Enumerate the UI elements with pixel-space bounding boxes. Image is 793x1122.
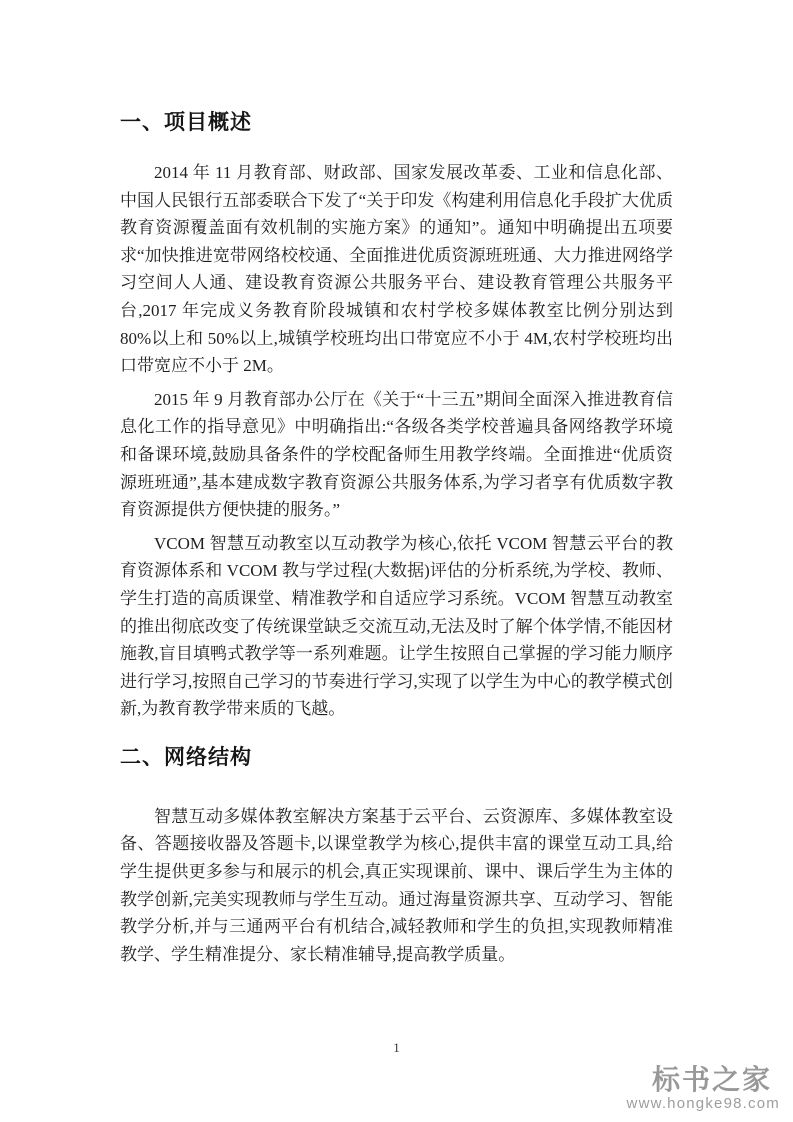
document-page: 一、项目概述 2014 年 11 月教育部、财政部、国家发展改革委、工业和信息化… [0, 0, 793, 1122]
watermark-logo: 标书之家 [627, 1065, 772, 1095]
paragraph-solution-overview: 智慧互动多媒体教室解决方案基于云平台、云资源库、多媒体教室设备、答题接收器及答题… [120, 803, 673, 969]
paragraph-policy-2015: 2015 年 9 月教育部办公厅在《关于“十三五”期间全面深入推进教育信息化工作… [120, 386, 673, 524]
watermark: 标书之家 www.hongke98.com [627, 1065, 780, 1112]
page-number: 1 [0, 1040, 793, 1056]
paragraph-vcom-classroom: VCOM 智慧互动教室以互动教学为核心,依托 VCOM 智慧云平台的教育资源体系… [120, 530, 673, 723]
paragraph-policy-2014: 2014 年 11 月教育部、财政部、国家发展改革委、工业和信息化部、中国人民银… [120, 159, 673, 380]
section-heading-project-overview: 一、项目概述 [120, 108, 673, 138]
section-heading-network-structure: 二、网络结构 [120, 743, 673, 773]
document-content: 一、项目概述 2014 年 11 月教育部、财政部、国家发展改革委、工业和信息化… [120, 0, 673, 974]
watermark-url: www.hongke98.com [627, 1095, 780, 1112]
